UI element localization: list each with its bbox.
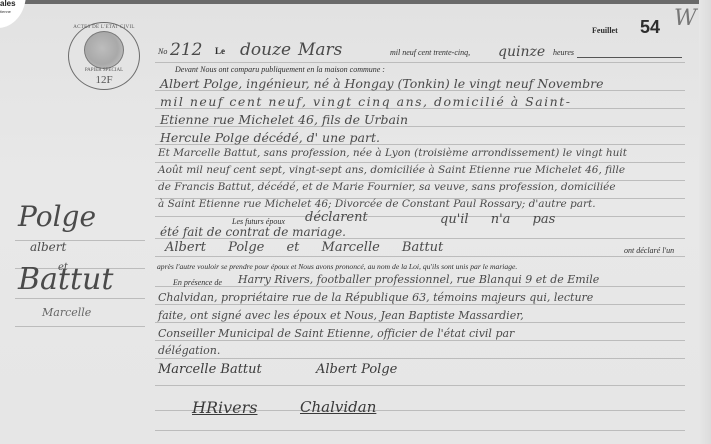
union-pronouncement: après l'autre vouloir se prendre pour ép… bbox=[157, 262, 517, 271]
marianne-head-icon bbox=[84, 31, 124, 69]
bride-line: à Saint Etienne rue Michelet 46; Divorcé… bbox=[158, 198, 596, 210]
contract-declaration: été fait de contrat de mariage. bbox=[160, 225, 346, 239]
scan-right-edge bbox=[699, 0, 711, 444]
margin-groom-firstname: albert bbox=[30, 240, 66, 254]
bride-line: Août mil neuf cent sept, vingt-sept ans,… bbox=[158, 164, 625, 176]
month: Mars bbox=[298, 40, 342, 60]
signature-witness-2: Chalvidan bbox=[300, 398, 376, 416]
heures-line bbox=[577, 57, 682, 58]
witness-line: Chalvidan, propriétaire rue de la Républ… bbox=[158, 291, 593, 304]
ruled-line bbox=[155, 256, 685, 257]
register-page: ales tienne ACTES DE L'ETAT CIVIL PAPIER… bbox=[0, 0, 711, 444]
number-prefix: No bbox=[158, 47, 167, 56]
feuillet-label: Feuillet bbox=[592, 26, 618, 35]
feuillet-number: 54 bbox=[640, 17, 660, 38]
stamp-bottom-text: PAPIER SPECIAL bbox=[69, 68, 139, 73]
archive-badge-title: ales bbox=[0, 0, 16, 8]
day: douze bbox=[240, 40, 291, 60]
groom-line: Etienne rue Michelet 46, fils de Urbain bbox=[160, 112, 408, 127]
ruled-line bbox=[155, 286, 685, 287]
bride-line: Et Marcelle Battut, sans profession, née… bbox=[158, 147, 627, 159]
ruled-line bbox=[15, 298, 145, 299]
signature-witness-1: HRivers bbox=[192, 398, 257, 417]
ruled-line bbox=[155, 304, 685, 305]
witness-line: Harry Rivers, footballer professionnel, … bbox=[238, 273, 599, 286]
ruled-line bbox=[155, 322, 685, 323]
ruled-line bbox=[155, 162, 685, 163]
act-number: 212 bbox=[170, 40, 202, 60]
intro-text: Devant Nous ont comparu publiquement en … bbox=[175, 65, 385, 74]
hour: quinze bbox=[498, 44, 545, 60]
bride-line: de Francis Battut, décédé, et de Marie F… bbox=[158, 181, 616, 193]
civil-status-stamp: ACTES DE L'ETAT CIVIL PAPIER SPECIAL 12F bbox=[68, 22, 140, 90]
margin-groom-surname: Polge bbox=[18, 200, 96, 233]
ruled-line bbox=[155, 340, 685, 341]
witness-line: Conseiller Municipal de Saint Etienne, o… bbox=[158, 327, 514, 340]
witness-line: faite, ont signé avec les époux et Nous,… bbox=[158, 309, 524, 322]
groom-line: Albert Polge, ingénieur, né à Hongay (To… bbox=[160, 76, 604, 91]
heures-label: heures bbox=[553, 48, 574, 57]
contract-declaration: qu'il n'a pas bbox=[440, 212, 555, 227]
contract-declaration: déclarent bbox=[305, 210, 368, 225]
ruled-line bbox=[155, 62, 685, 63]
margin-bride-firstname: Marcelle bbox=[42, 306, 91, 319]
year-printed: mil neuf cent trente-cinq, bbox=[390, 48, 470, 57]
le-label: Le bbox=[215, 46, 225, 56]
ruled-line bbox=[155, 358, 685, 359]
groom-line: Hercule Polge décédé, d' une part. bbox=[160, 130, 380, 145]
signature-bride: Marcelle Battut bbox=[158, 362, 262, 377]
stamp-top-text: ACTES DE L'ETAT CIVIL bbox=[69, 25, 139, 30]
feuillet-mark: W bbox=[674, 6, 697, 31]
groom-line: mil neuf cent neuf, vingt cinq ans, domi… bbox=[160, 94, 571, 109]
witness-line: délégation. bbox=[158, 344, 220, 357]
spouses-names: Albert Polge et Marcelle Battut bbox=[165, 240, 443, 255]
ruled-line bbox=[155, 430, 685, 431]
presence-label: En présence de bbox=[173, 278, 222, 287]
archive-badge-subtitle: tienne bbox=[0, 9, 11, 14]
scan-top-edge bbox=[0, 0, 711, 4]
margin-bride-surname: Battut bbox=[18, 262, 113, 297]
ruled-line bbox=[15, 326, 145, 327]
ruled-line bbox=[155, 385, 685, 386]
signature-groom: Albert Polge bbox=[316, 362, 397, 377]
declared-text: ont déclaré l'un bbox=[624, 246, 674, 255]
stamp-price: 12F bbox=[69, 74, 139, 86]
